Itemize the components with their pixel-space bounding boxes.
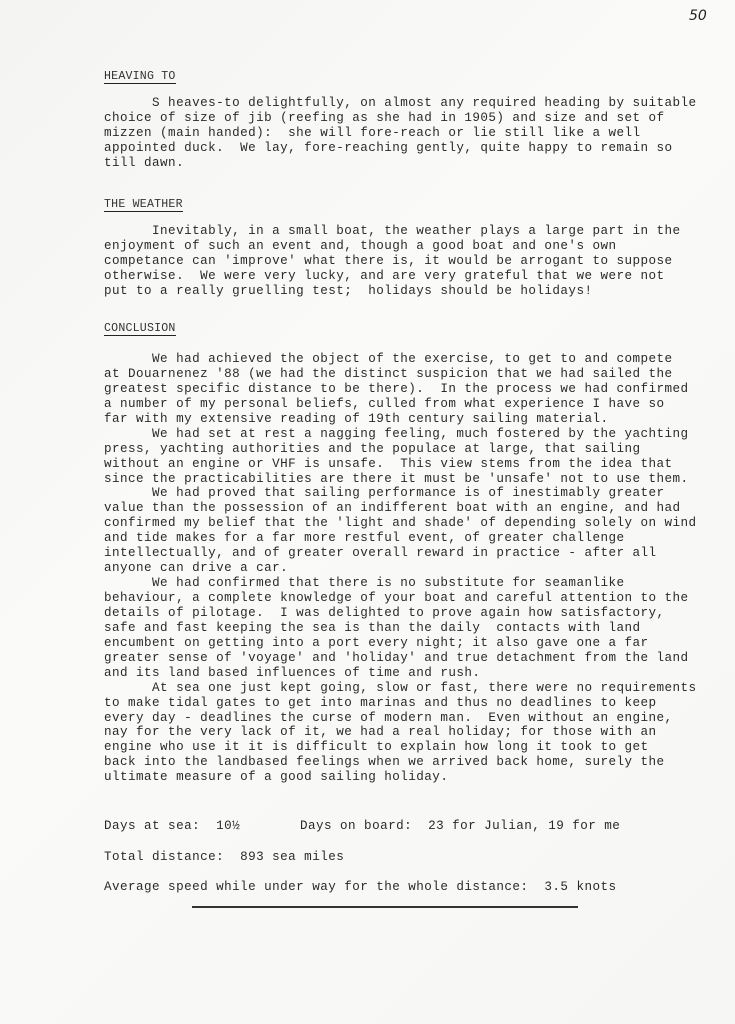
days-at-sea: Days at sea: 10½ <box>104 819 240 833</box>
days-on-board: Days on board: 23 for Julian, 19 for me <box>300 819 620 833</box>
text-line: We had achieved the object of the exerci… <box>104 352 724 367</box>
closing-rule <box>192 906 578 908</box>
text-line: Inevitably, in a small boat, the weather… <box>104 224 724 239</box>
text-line: far with my extensive reading of 19th ce… <box>104 412 724 427</box>
text-line: safe and fast keeping the sea is than th… <box>104 621 724 636</box>
section-body: S heaves-to delightfully, on almost any … <box>104 96 724 171</box>
text-line: encumbent on getting into a port every n… <box>104 636 724 651</box>
text-line: confirmed my belief that the 'light and … <box>104 516 724 531</box>
section-conclusion: CONCLUSION We had achieved the object of… <box>104 318 724 785</box>
text-line: till dawn. <box>104 156 724 171</box>
document-page: 50 HEAVING TO S heaves-to delightfully, … <box>0 0 735 1024</box>
text-line: At sea one just kept going, slow or fast… <box>104 681 724 696</box>
text-line: S heaves-to delightfully, on almost any … <box>104 96 724 111</box>
text-line: to make tidal gates to get into marinas … <box>104 696 724 711</box>
text-line: greatest specific distance to be there).… <box>104 382 724 397</box>
text-line: behaviour, a complete knowledge of your … <box>104 591 724 606</box>
section-heaving-to: HEAVING TO S heaves-to delightfully, on … <box>104 66 724 171</box>
section-heading: CONCLUSION <box>104 322 176 336</box>
text-line: We had confirmed that there is no substi… <box>104 576 724 591</box>
page-number: 50 <box>689 8 707 24</box>
text-line: enjoyment of such an event and, though a… <box>104 239 724 254</box>
text-line: a number of my personal beliefs, culled … <box>104 397 724 412</box>
text-line: ultimate measure of a good sailing holid… <box>104 770 724 785</box>
text-line: engine who use it it is difficult to exp… <box>104 740 724 755</box>
text-line: put to a really gruelling test; holidays… <box>104 284 724 299</box>
text-line: greater sense of 'voyage' and 'holiday' … <box>104 651 724 666</box>
text-line: We had proved that sailing performance i… <box>104 486 724 501</box>
text-line: mizzen (main handed): she will fore-reac… <box>104 126 724 141</box>
text-line: and tide makes for a far more restful ev… <box>104 531 724 546</box>
text-line: and its land based influences of time an… <box>104 666 724 681</box>
section-heading: HEAVING TO <box>104 70 176 84</box>
text-line: details of pilotage. I was delighted to … <box>104 606 724 621</box>
text-line: press, yachting authorities and the popu… <box>104 442 724 457</box>
text-line: choice of size of jib (reefing as she ha… <box>104 111 724 126</box>
text-line: We had set at rest a nagging feeling, mu… <box>104 427 724 442</box>
text-line: competance can 'improve' what there is, … <box>104 254 724 269</box>
text-line: anyone can drive a car. <box>104 561 724 576</box>
text-line: nay for the very lack of it, we had a re… <box>104 725 724 740</box>
text-line: since the practicabilities are there it … <box>104 472 724 487</box>
text-line: appointed duck. We lay, fore-reaching ge… <box>104 141 724 156</box>
average-speed: Average speed while under way for the wh… <box>104 880 616 894</box>
section-the-weather: THE WEATHER Inevitably, in a small boat,… <box>104 194 724 299</box>
total-distance: Total distance: 893 sea miles <box>104 850 344 864</box>
text-line: every day - deadlines the curse of moder… <box>104 711 724 726</box>
text-line: back into the landbased feelings when we… <box>104 755 724 770</box>
text-line: otherwise. We were very lucky, and are v… <box>104 269 724 284</box>
text-line: without an engine or VHF is unsafe. This… <box>104 457 724 472</box>
section-body: Inevitably, in a small boat, the weather… <box>104 224 724 299</box>
text-line: value than the possession of an indiffer… <box>104 501 724 516</box>
text-line: at Douarnenez '88 (we had the distinct s… <box>104 367 724 382</box>
text-line: intellectually, and of greater overall r… <box>104 546 724 561</box>
section-heading: THE WEATHER <box>104 198 183 212</box>
section-body: We had achieved the object of the exerci… <box>104 352 724 785</box>
